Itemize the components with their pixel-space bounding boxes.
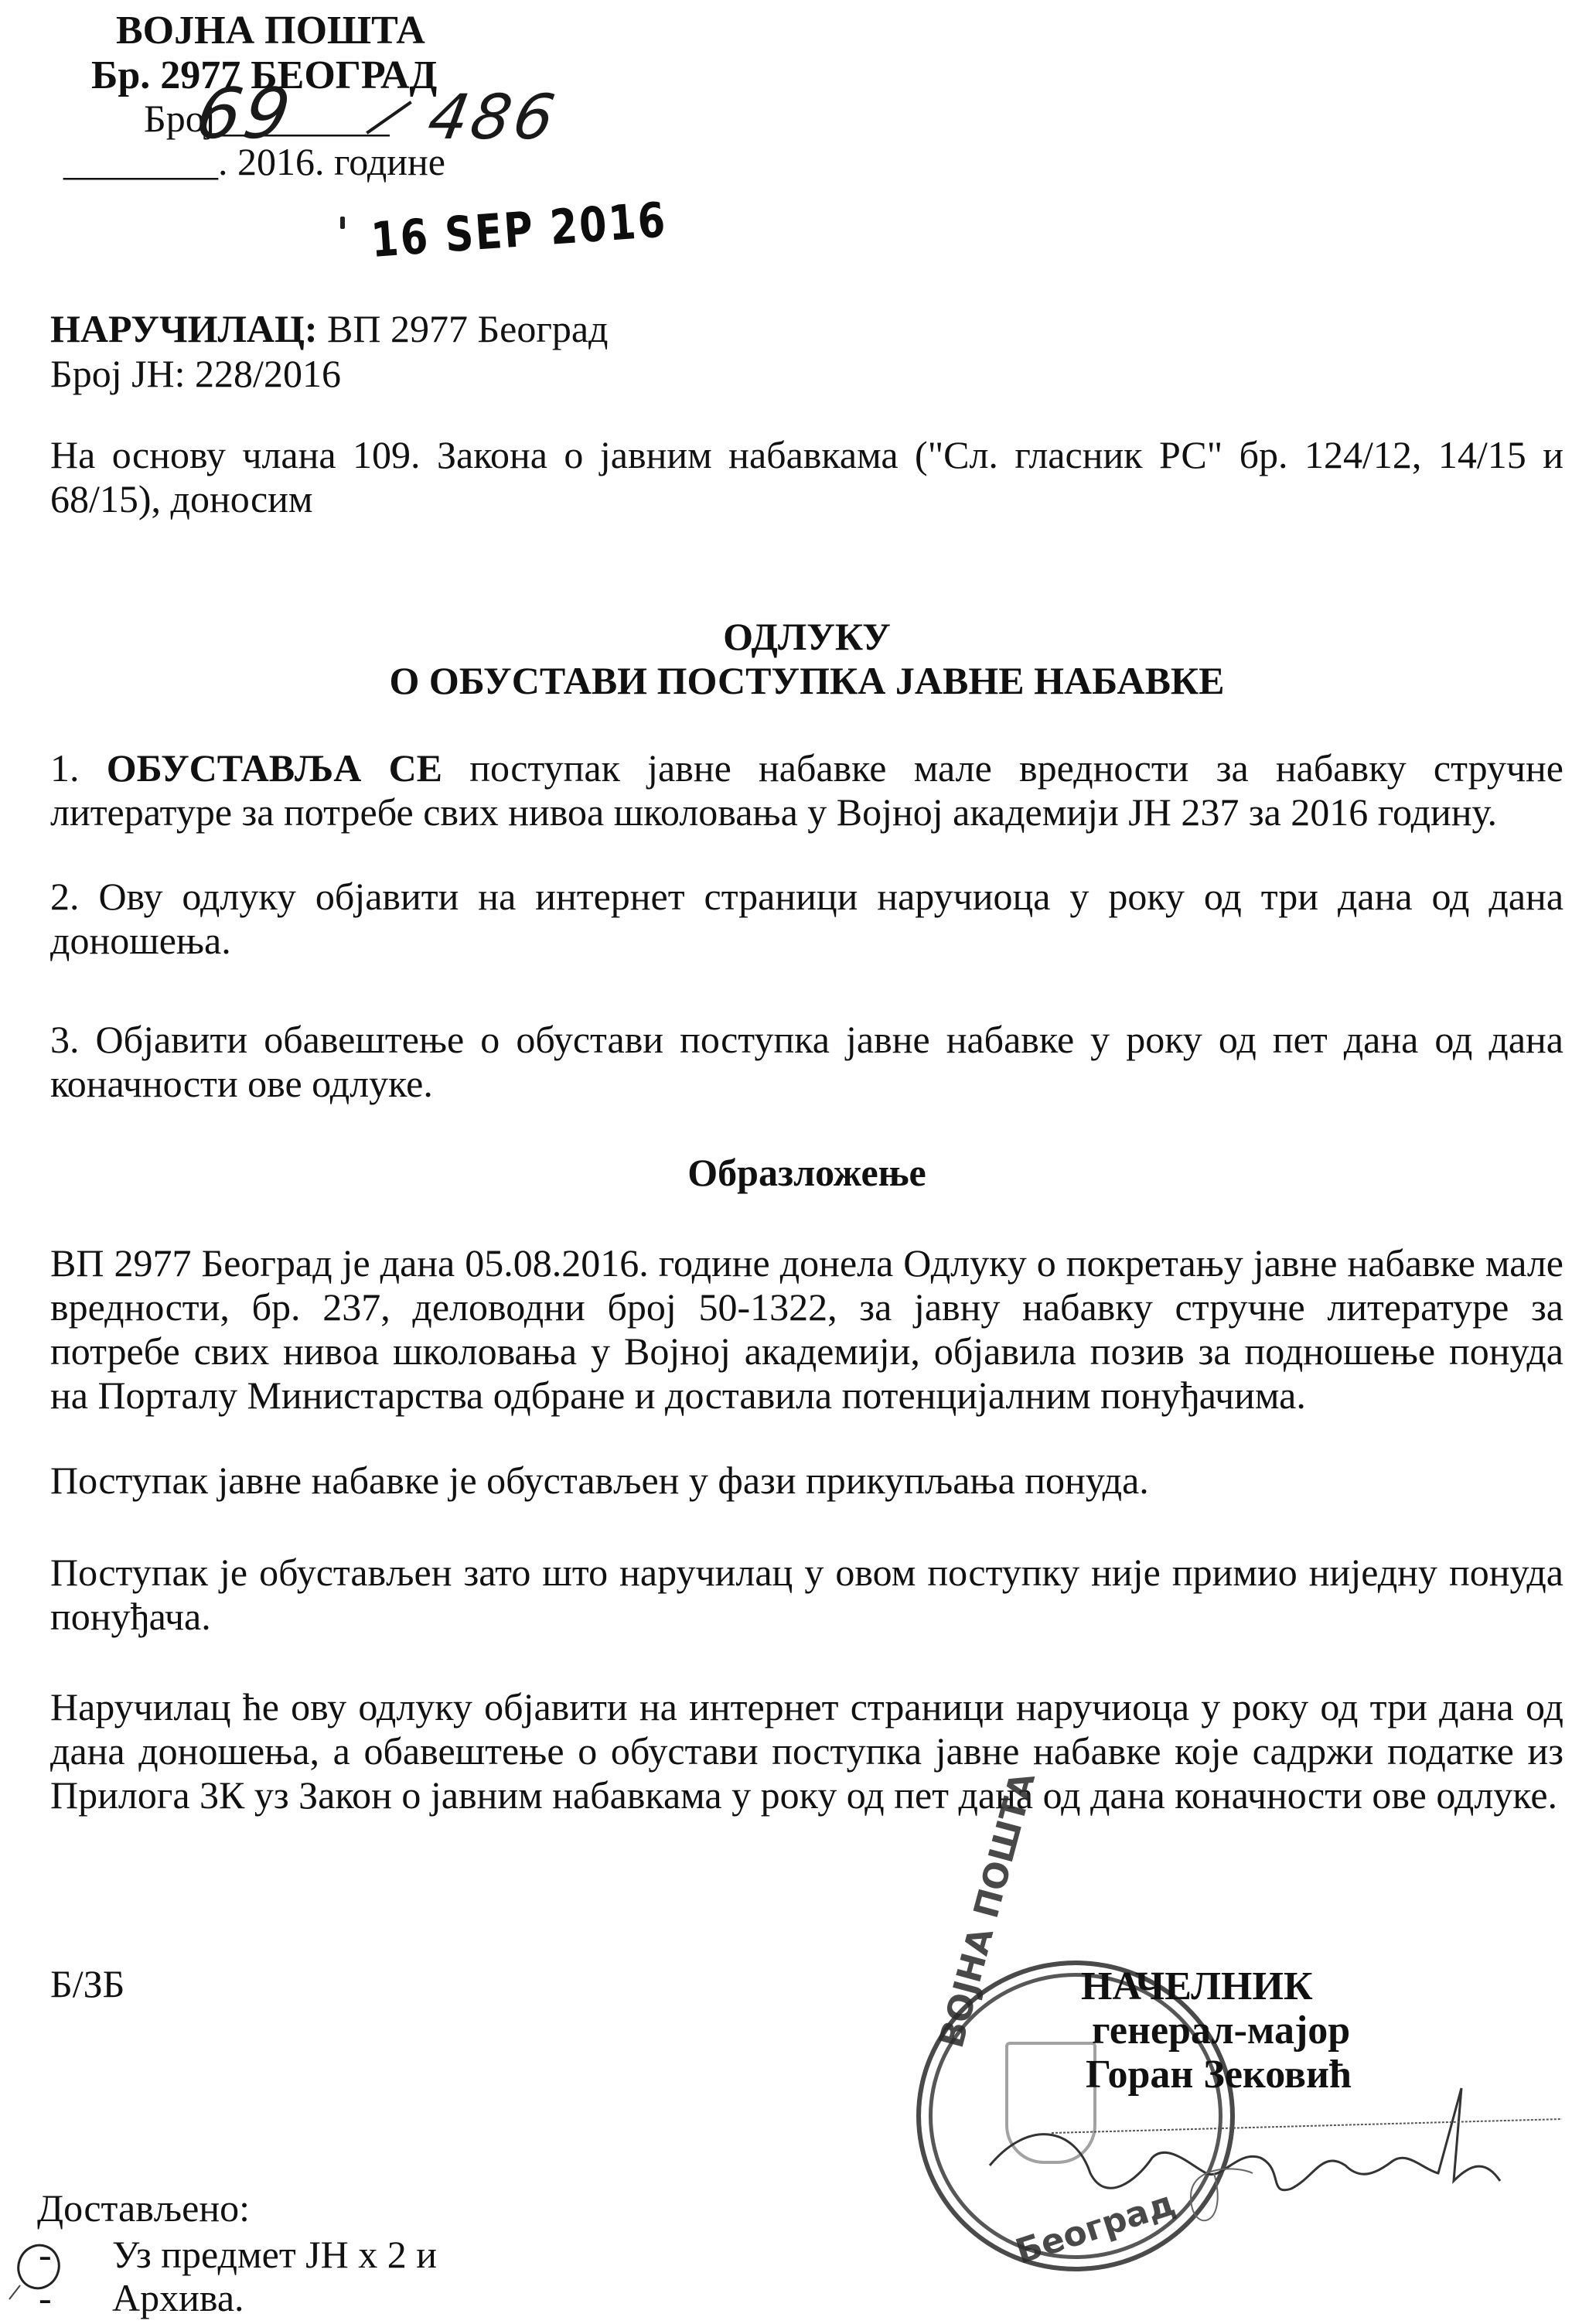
- header-military-post: ВОЈНА ПОШТА: [116, 11, 425, 51]
- item-text: Објавити обавештење о обустави поступка …: [50, 1018, 1563, 1105]
- decision-title: ОДЛУКУ: [50, 615, 1563, 659]
- decision-item-1: 1. ОБУСТАВЉА СЕ поступак јавне набавке м…: [50, 746, 1563, 834]
- procuring-entity: НАРУЧИЛАЦ: ВП 2977 Београд: [50, 309, 609, 348]
- received-date-stamp: 16 SEP 2016: [370, 196, 669, 264]
- handwritten-signature: [959, 2073, 1570, 2227]
- item-emphasis: ОБУСТАВЉА СЕ: [107, 746, 442, 790]
- item-number: 3.: [50, 1018, 96, 1061]
- reasoning-paragraph-2: Поступак јавне набавке је обустављен у ф…: [50, 1459, 1563, 1503]
- reasoning-paragraph-4: Наручилац ће ову одлуку објавити на инте…: [50, 1685, 1563, 1817]
- reference-code: Б/ЗБ: [50, 1964, 124, 2003]
- preamble-paragraph: На основу члана 109. Закона о јавним наб…: [50, 433, 1563, 521]
- procurement-number: Број ЈН: 228/2016: [50, 354, 341, 393]
- signatory-rank: генерал-мајор: [1081, 2008, 1352, 2053]
- distribution-label: Достављено:: [37, 2189, 250, 2227]
- distribution-bullet: -: [39, 2278, 52, 2317]
- item-number: 2.: [50, 875, 98, 918]
- stamp-speck: [340, 217, 345, 229]
- decision-item-3: 3. Објавити обавештење о обустави поступ…: [50, 1018, 1563, 1106]
- handwritten-circle-mark: [6, 2239, 68, 2301]
- distribution-item: Архива.: [112, 2278, 244, 2317]
- distribution-item: Уз предмет ЈН х 2 и: [112, 2235, 437, 2274]
- reasoning-paragraph-3: Поступак је обустављен зато што наручила…: [50, 1551, 1563, 1639]
- document-date-blank: ________: [63, 140, 218, 183]
- reasoning-paragraph-1: ВП 2977 Београд је дана 05.08.2016. годи…: [50, 1241, 1563, 1418]
- procuring-entity-value: ВП 2977 Београд: [317, 307, 608, 350]
- decision-item-2: 2. Ову одлуку објавити на интернет стран…: [50, 875, 1563, 963]
- reasoning-heading: Образложење: [50, 1151, 1563, 1195]
- item-text: Ову одлуку објавити на интернет страници…: [50, 875, 1563, 962]
- distribution-bullet: -: [39, 2235, 52, 2274]
- item-number: 1.: [50, 746, 107, 790]
- procuring-entity-label: НАРУЧИЛАЦ:: [50, 307, 317, 350]
- signatory-title: НАЧЕЛНИК: [1081, 1964, 1352, 2008]
- document-date-year: . 2016. године: [218, 140, 445, 183]
- document-date-row: ________. 2016. године: [63, 142, 445, 181]
- decision-subtitle: О ОБУСТАВИ ПОСТУПКА ЈАВНЕ НАБАВКЕ: [50, 659, 1563, 703]
